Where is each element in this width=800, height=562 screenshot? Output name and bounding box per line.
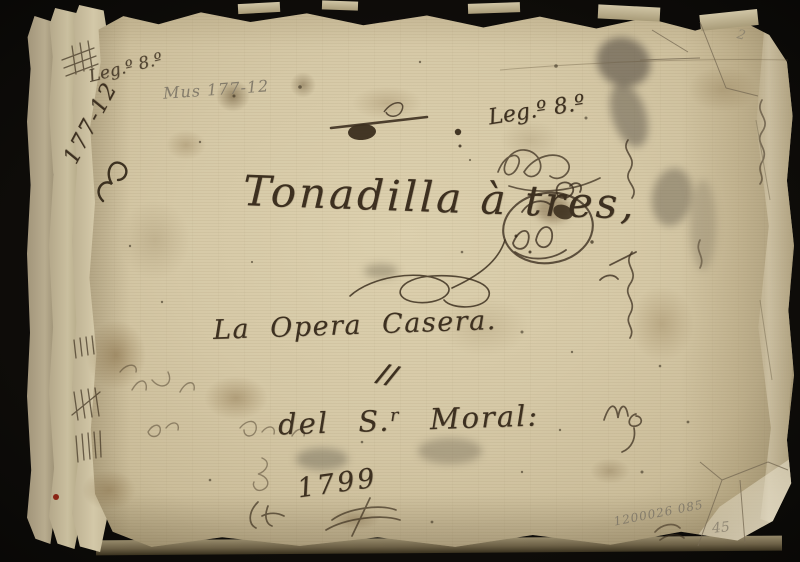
folio-number-pencil: 45 (711, 519, 730, 537)
photo-backdrop: 177-12 Leg.º 8.º Mus 177-12 Leg.º 8.º To… (0, 0, 800, 562)
torn-flap (598, 4, 661, 21)
torn-flap (468, 2, 520, 14)
author-superscript: r (390, 406, 401, 426)
author-pre: del S. (277, 404, 390, 442)
torn-flap (322, 0, 358, 10)
torn-flap (238, 2, 280, 14)
author-post: Moral: (400, 398, 540, 437)
